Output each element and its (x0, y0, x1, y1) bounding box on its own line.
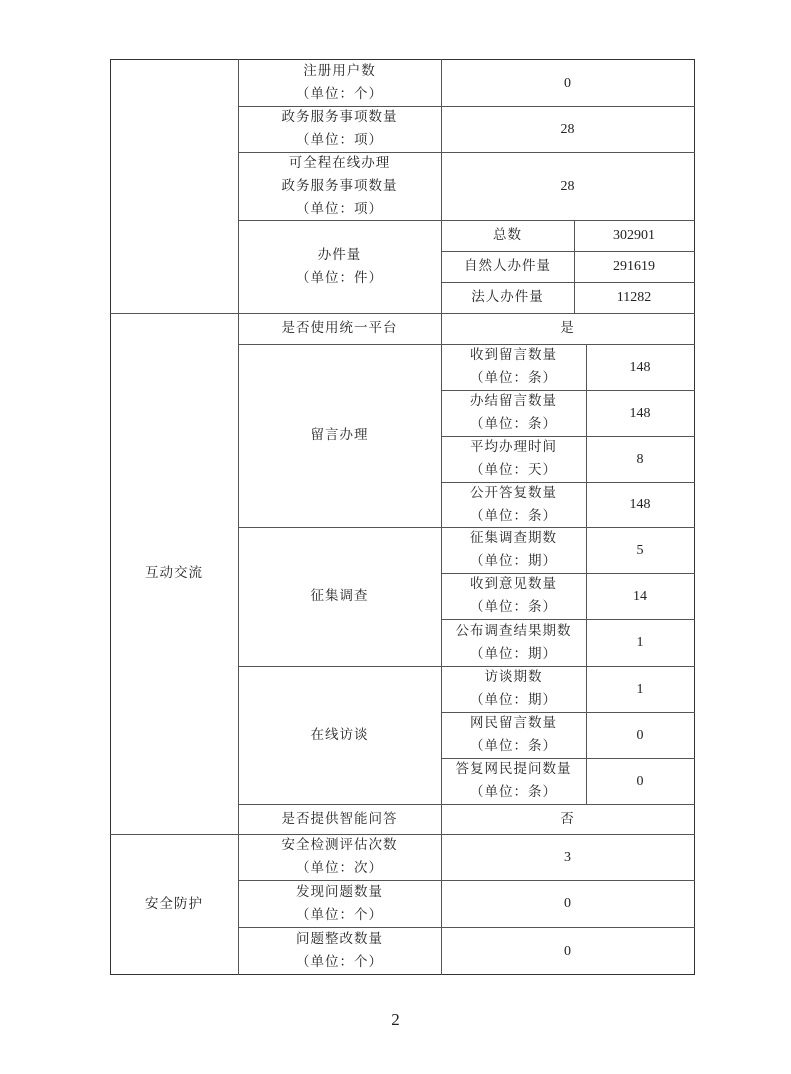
divider (238, 927, 695, 928)
cases-total-label: 总数 (441, 220, 574, 251)
interview-periods-value: 1 (586, 666, 694, 712)
divider (441, 251, 695, 252)
netizen-replies-label: 答复网民提问数量 （单位：条） (441, 758, 586, 804)
online-service-items-label: 可全程在线办理 政务服务事项数量 （单位：项） (238, 152, 441, 220)
unified-platform-value: 是 (441, 313, 694, 344)
divider (441, 573, 695, 574)
cases-legal-person-value: 11282 (574, 282, 694, 313)
page-number: 2 (0, 1010, 791, 1030)
table-border-left (110, 59, 111, 975)
divider (238, 666, 695, 667)
service-items-label: 政务服务事项数量 （单位：项） (238, 106, 441, 152)
divider (441, 712, 695, 713)
survey-periods-label: 征集调查期数 （单位：期） (441, 527, 586, 573)
divider (238, 152, 695, 153)
table-border-right (694, 59, 695, 975)
cases-total-value: 302901 (574, 220, 694, 251)
opinions-received-value: 14 (586, 573, 694, 619)
divider (238, 344, 695, 345)
issues-found-label: 发现问题数量 （单位：个） (238, 880, 441, 927)
issues-fixed-value: 0 (441, 927, 694, 975)
cases-natural-person-value: 291619 (574, 251, 694, 282)
online-service-items-value: 28 (441, 152, 694, 220)
interview-periods-label: 访谈期数 （单位：期） (441, 666, 586, 712)
messages-closed-value: 148 (586, 390, 694, 436)
divider (441, 758, 695, 759)
netizen-replies-value: 0 (586, 758, 694, 804)
survey-results-published-label: 公布调查结果期数 （单位：期） (441, 619, 586, 666)
divider (441, 436, 695, 437)
divider (586, 344, 587, 804)
table-border-top (110, 59, 695, 60)
messages-closed-label: 办结留言数量 （单位：条） (441, 390, 586, 436)
smart-qa-value: 否 (441, 804, 694, 834)
netizen-messages-label: 网民留言数量 （单位：条） (441, 712, 586, 758)
cases-legal-person-label: 法人办件量 (441, 282, 574, 313)
divider (238, 220, 695, 221)
table-border-bottom (110, 974, 695, 975)
cases-natural-person-label: 自然人办件量 (441, 251, 574, 282)
document-page: 注册用户数 （单位：个） 0 政务服务事项数量 （单位：项） 28 可全程在线办… (0, 0, 791, 1074)
public-replies-value: 148 (586, 482, 694, 527)
avg-processing-time-value: 8 (586, 436, 694, 482)
divider (441, 282, 695, 283)
cases-label: 办件量 （单位：件） (238, 220, 441, 313)
divider (238, 804, 695, 805)
registered-users-label: 注册用户数 （单位：个） (238, 60, 441, 106)
security-assessments-value: 3 (441, 834, 694, 880)
opinions-received-label: 收到意见数量 （单位：条） (441, 573, 586, 619)
divider (441, 619, 695, 620)
category-security: 安全防护 (110, 834, 238, 975)
survey-label: 征集调查 (238, 527, 441, 666)
messages-label: 留言办理 (238, 344, 441, 527)
divider (441, 482, 695, 483)
issues-fixed-label: 问题整改数量 （单位：个） (238, 927, 441, 975)
divider (238, 59, 239, 975)
messages-received-value: 148 (586, 344, 694, 390)
issues-found-value: 0 (441, 880, 694, 927)
category-cell (110, 60, 238, 313)
public-replies-label: 公开答复数量 （单位：条） (441, 482, 586, 527)
avg-processing-time-label: 平均办理时间 （单位：天） (441, 436, 586, 482)
messages-received-label: 收到留言数量 （单位：条） (441, 344, 586, 390)
security-assessments-label: 安全检测评估次数 （单位：次） (238, 834, 441, 880)
divider (441, 390, 695, 391)
unified-platform-label: 是否使用统一平台 (238, 313, 441, 344)
divider (238, 880, 695, 881)
interview-label: 在线访谈 (238, 666, 441, 804)
survey-results-published-value: 1 (586, 619, 694, 666)
service-items-value: 28 (441, 106, 694, 152)
divider (238, 106, 695, 107)
divider (441, 59, 442, 975)
divider (238, 527, 695, 528)
survey-periods-value: 5 (586, 527, 694, 573)
divider (110, 313, 695, 314)
netizen-messages-value: 0 (586, 712, 694, 758)
category-interaction: 互动交流 (110, 313, 238, 834)
registered-users-value: 0 (441, 60, 694, 106)
smart-qa-label: 是否提供智能问答 (238, 804, 441, 834)
divider (574, 220, 575, 313)
divider (110, 834, 695, 835)
